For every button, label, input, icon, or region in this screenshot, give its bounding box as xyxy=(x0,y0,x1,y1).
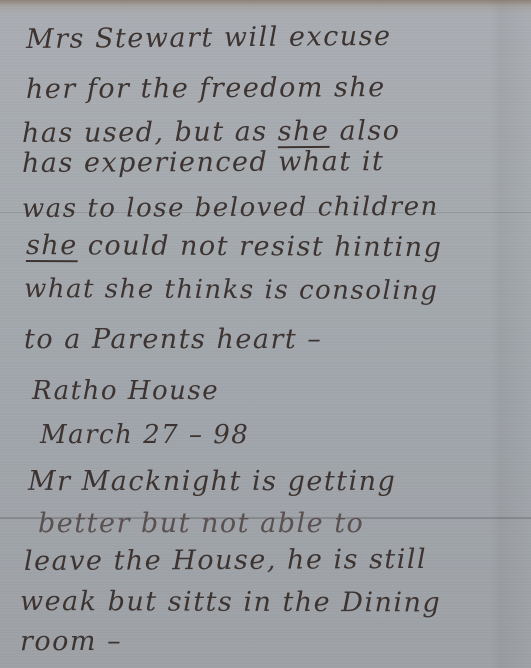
letter-line-11: Mr Macknight is getting xyxy=(28,468,396,495)
letter-line-8: to a Parents heart – xyxy=(24,326,322,353)
letter-line-13: leave the House, he is still xyxy=(24,546,427,575)
letter-line-4: has experienced what it xyxy=(22,148,384,177)
letter-line-2: her for the freedom she xyxy=(26,74,386,103)
text-segment: could not resist hinting xyxy=(78,230,443,263)
letter-line-12: better but not able to xyxy=(38,510,364,537)
letter-line-3: has used, but as she also xyxy=(22,117,401,147)
text-segment: has used, but as xyxy=(22,116,278,149)
letter-line-1: Mrs Stewart will excuse xyxy=(26,23,392,53)
letter-date: March 27 – 98 xyxy=(40,422,249,448)
letter-line-5: was to lose beloved children xyxy=(22,194,439,222)
letter-line-6: she could not resist hinting xyxy=(26,232,443,261)
text-segment: also xyxy=(329,115,400,146)
letter-place-ratho-house: Ratho House xyxy=(32,378,219,404)
letter-line-15: room – xyxy=(20,628,122,655)
letter-page: Mrs Stewart will excuse her for the free… xyxy=(0,0,531,668)
letter-line-14: weak but sitts in the Dining xyxy=(20,588,441,616)
letter-line-7: what she thinks is consoling xyxy=(24,276,439,304)
underlined-word: she xyxy=(278,116,330,147)
underlined-word: she xyxy=(26,230,78,261)
